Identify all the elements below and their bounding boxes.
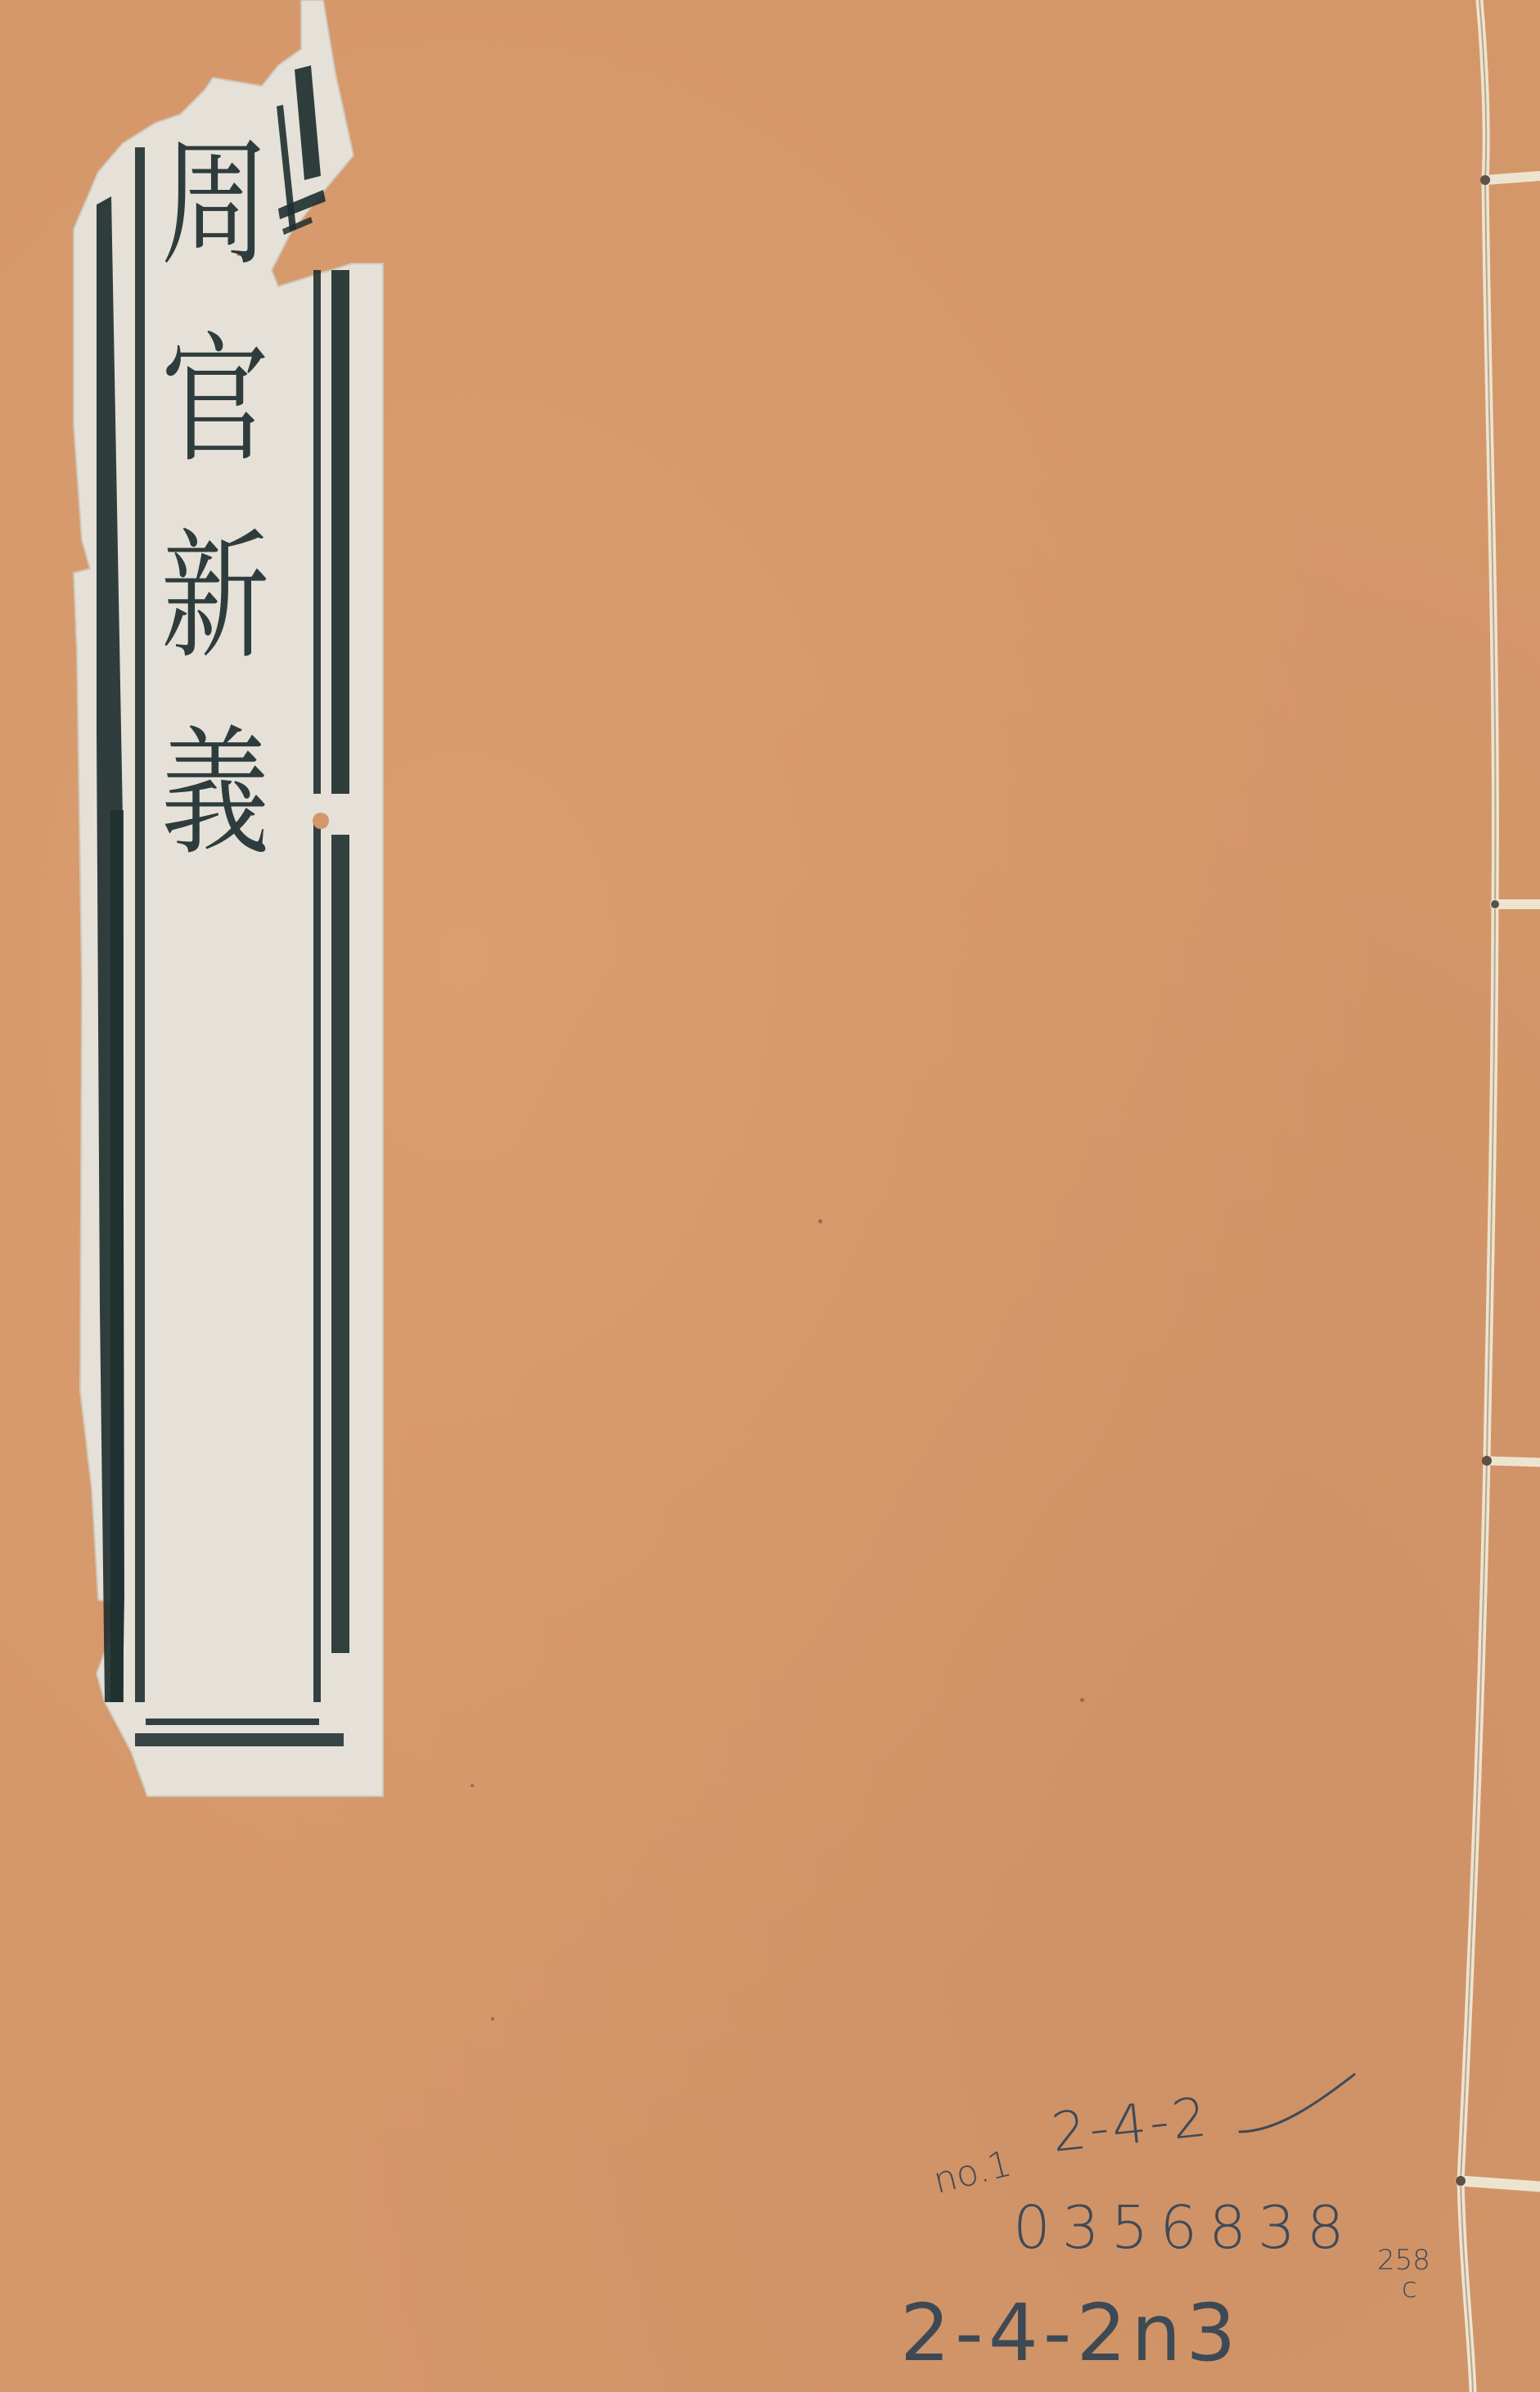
annotation-small-mark-letter: c [1402,2274,1430,2302]
annotation-shelf-mark-bottom: 2-4-2n3 [900,2287,1241,2379]
annotation-small-mark-number: 258 [1377,2246,1430,2274]
annotation-accession-number: 0356838 [1013,2193,1356,2262]
pencil-swash [0,0,1540,2392]
annotation-small-mark: 258 c [1377,2246,1430,2302]
